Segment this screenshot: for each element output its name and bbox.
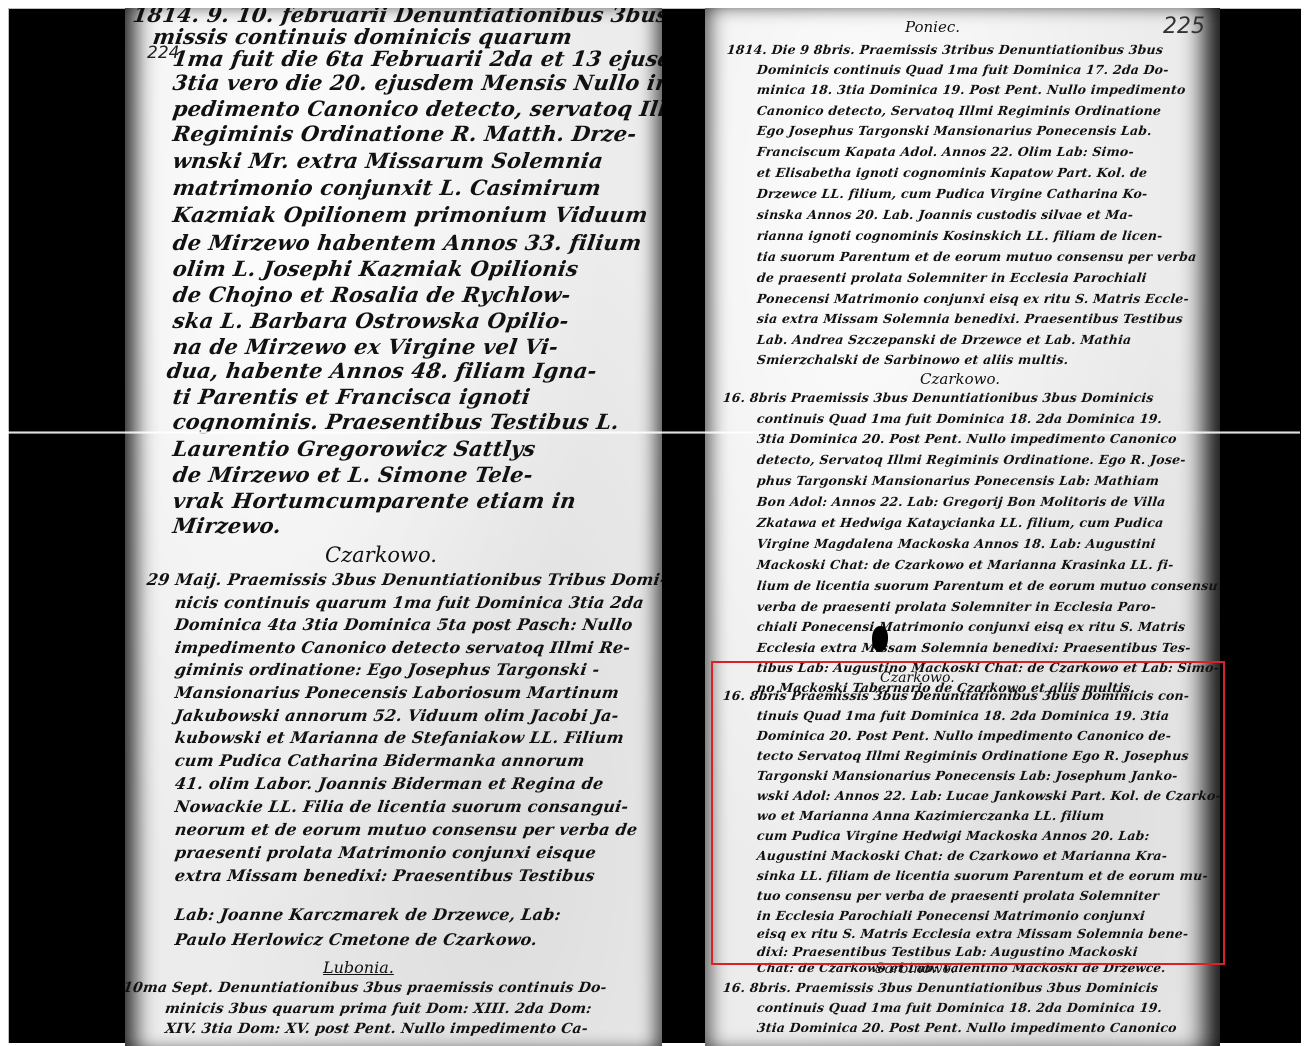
place-heading: Czarkowo.	[920, 370, 1000, 388]
text-line: minicis 3bus quarum prima fuit Dom: XIII…	[164, 1001, 593, 1017]
text-line: praesenti prolata Matrimonio conjunxi ei…	[174, 843, 598, 862]
text-line: 41. olim Labor. Joannis Biderman et Regi…	[174, 774, 605, 793]
text-line: 16. 8bris. Praemissis 3bus Denuntiationi…	[722, 980, 1159, 995]
text-line: ti Parentis et Francisca ignoti	[171, 384, 532, 409]
text-line: Lab: Joanne Karczmarek de Drzewce, Lab:	[174, 905, 563, 924]
text-line: de Mirzewo et L. Simone Tele-	[171, 462, 534, 487]
text-line: detecto, Servatoq Illmi Regiminis Ordina…	[756, 452, 1186, 467]
text-line: sinka LL. filiam de licentia suorum Pare…	[756, 868, 1208, 883]
text-line: verba de praesenti prolata Solemniter in…	[756, 599, 1157, 614]
text-line: Smierzchalski de Sarbinowo et aliis mult…	[756, 352, 1069, 367]
text-line: Mansionarius Ponecensis Laboriosum Marti…	[174, 683, 621, 702]
text-line: Nowackie LL. Filia de licentia suorum co…	[174, 797, 630, 816]
text-line: wski Adol: Annos 22. Lab: Lucae Jankowsk…	[756, 788, 1220, 803]
text-line: Targonski Mansionarius Ponecensis Lab: J…	[756, 768, 1178, 783]
scan-artifact-line	[8, 431, 1300, 434]
text-line: impedimento Canonico detecto servatoq Il…	[174, 638, 632, 657]
text-line: giminis ordinatione: Ego Josephus Targon…	[174, 660, 601, 679]
text-line: nicis continuis quarum 1ma fuit Dominica…	[174, 593, 645, 612]
text-line: 10ma Sept. Denuntiationibus 3bus praemis…	[125, 980, 608, 996]
text-line: extra Missam benedixi: Praesentibus Test…	[174, 866, 596, 885]
text-line: Augustini Mackoski Chat: de Czarkowo et …	[756, 848, 1168, 863]
text-line: minica 18. 3tia Dominica 19. Post Pent. …	[756, 82, 1186, 97]
text-line: wo et Marianna Anna Kazimierczanka LL. f…	[756, 808, 1105, 823]
text-line: de Chojno et Rosalia de Rychlow-	[171, 282, 572, 307]
text-line: matrimonio conjunxit L. Casimirum	[171, 175, 602, 200]
text-line: rianna ignoti cognominis Kosinskich LL. …	[756, 228, 1163, 243]
text-line: Canonico detecto, Servatoq Illmi Regimin…	[756, 103, 1162, 118]
text-line: Laurentio Gregorowicz Sattlys	[171, 436, 537, 461]
place-heading: Czarkowo.	[325, 543, 437, 567]
text-line: eisq ex ritu S. Matris Ecclesia extra Mi…	[756, 926, 1189, 941]
place-heading: Czarkowo.	[880, 670, 955, 686]
text-line: vrak Hortumcumparente etiam in	[171, 488, 577, 513]
text-line: de praesenti prolata Solemniter in Eccle…	[756, 270, 1147, 285]
text-line: XIV. 3tia Dom: XV. post Pent. Nullo impe…	[164, 1021, 589, 1037]
text-line: tinuis Quad 1ma fuit Dominica 18. 2da Do…	[756, 708, 1170, 723]
place-heading: Lubonia.	[323, 958, 394, 977]
text-line: continuis Quad 1ma fuit Dominica 18. 2da…	[756, 1000, 1163, 1015]
text-line: tibus Lab: Augustino Mackoski Chat: de C…	[756, 660, 1220, 675]
left-page: 224 1814. 9. 10. februarii Denuntiationi…	[125, 8, 662, 1046]
text-line: pedimento Canonico detecto, servatoq Ill…	[171, 96, 662, 121]
text-line: Bon Adol: Annos 22. Lab: Gregorij Bon Mo…	[756, 494, 1166, 509]
text-line: Zkatawa et Hedwiga Kataycianka LL. filiu…	[756, 515, 1164, 530]
text-line: tia suorum Parentum et de eorum mutuo co…	[756, 249, 1197, 264]
text-line: Mackoski Chat: de Czarkowo et Marianna K…	[756, 557, 1174, 572]
text-line: Dominica 4ta 3tia Dominica 5ta post Pasc…	[174, 615, 634, 634]
text-line: Ecclesia extra Missam Solemnia benedixi:…	[756, 640, 1191, 655]
text-line: tecto Servatoq Illmi Regiminis Ordinatio…	[756, 748, 1189, 763]
text-line: Kazmiak Opilionem primonium Viduum	[171, 202, 649, 227]
text-line: Dominicis continuis Quad 1ma fuit Domini…	[756, 62, 1169, 77]
text-line: ska L. Barbara Ostrowska Opilio-	[171, 308, 570, 333]
text-line: na de Mirzewo ex Virgine vel Vi-	[171, 334, 560, 359]
text-line: wnski Mr. extra Missarum Solemnia	[171, 148, 605, 173]
place-heading: Sarbinowo.	[875, 961, 955, 977]
text-line: de Mirzewo habentem Annos 33. filium	[171, 230, 643, 255]
place-heading: Poniec.	[905, 18, 960, 36]
text-line: 3tia vero die 20. ejusdem Mensis Nullo i…	[171, 70, 662, 95]
text-line: olim L. Josephi Kazmiak Opilionis	[171, 256, 580, 281]
text-line: chiali Ponecensi Matrimonio conjunxi eis…	[756, 619, 1186, 634]
text-line: tuo consensu per verba de praesenti prol…	[756, 888, 1160, 903]
text-line: Ponecensi Matrimonio conjunxi eisq ex ri…	[756, 291, 1190, 306]
text-line: Dominica 20. Post Pent. Nullo impediment…	[756, 728, 1172, 743]
text-line: Regiminis Ordinatione R. Matth. Drze-	[171, 121, 638, 146]
page-number: 225	[1163, 14, 1205, 39]
text-line: lium de licentia suorum Parentum et de e…	[756, 578, 1220, 593]
text-line: sinska Annos 20. Lab. Joannis custodis s…	[756, 207, 1134, 222]
text-line: 1814. Die 9 8bris. Praemissis 3tribus De…	[726, 42, 1164, 57]
text-line: dua, habente Annos 48. filiam Igna-	[165, 358, 598, 383]
text-line: Mirzewo.	[171, 513, 283, 538]
text-line: 29 Maij. Praemissis 3bus Denuntiationibu…	[146, 570, 662, 589]
text-line: Jakubowski annorum 52. Viduum olim Jacob…	[174, 706, 620, 725]
text-line: sia extra Missam Solemnia benedixi. Prae…	[756, 311, 1184, 326]
text-line: Chat: de Czarkowo et Lab: Valentino Mack…	[756, 961, 1166, 975]
text-line: continuis Quad 1ma fuit Dominica 18. 2da…	[756, 411, 1163, 426]
text-line: 3tia Dominica 20. Post Pent. Nullo imped…	[756, 1020, 1177, 1035]
text-line: dixi: Praesentibus Testibus Lab: Augusti…	[756, 944, 1138, 959]
text-line: neorum et de eorum mutuo consensu per ve…	[174, 820, 639, 839]
text-line: phus Targonski Mansionarius Ponecensis L…	[756, 473, 1160, 488]
text-line: Virgine Magdalena Mackoska Annos 18. Lab…	[756, 536, 1156, 551]
text-line: kubowski et Marianna de Stefaniakow LL. …	[174, 728, 626, 747]
right-page: 225 Poniec. 1814. Die 9 8bris. Praemissi…	[705, 8, 1220, 1046]
text-line: 16. 8bris Praemissis 3bus Denuntiationib…	[722, 390, 1154, 405]
text-line: Lab. Andrea Szczepanski de Drzewce et La…	[756, 332, 1132, 347]
text-line: Drzewce LL. filium, cum Pudica Virgine C…	[756, 186, 1148, 201]
text-line: Paulo Herlowicz Cmetone de Czarkowo.	[174, 930, 539, 949]
text-line: et Elisabetha ignoti cognominis Kapatow …	[756, 165, 1148, 180]
text-line: 16. 8bris Praemissis 3bus Denuntiationib…	[722, 688, 1190, 703]
text-line: 1ma fuit die 6ta Februarii 2da et 13 eju…	[171, 46, 662, 71]
text-line: cum Pudica Virgine Hedwigi Mackoska Anno…	[756, 828, 1150, 843]
text-line: cum Pudica Catharina Bidermanka annorum	[174, 751, 586, 770]
text-line: Franciscum Kapata Adol. Annos 22. Olim L…	[756, 144, 1135, 159]
text-line: in Ecclesia Parochiali Ponecensi Matrimo…	[756, 908, 1146, 923]
text-line: Ego Josephus Targonski Mansionarius Pone…	[756, 123, 1152, 138]
